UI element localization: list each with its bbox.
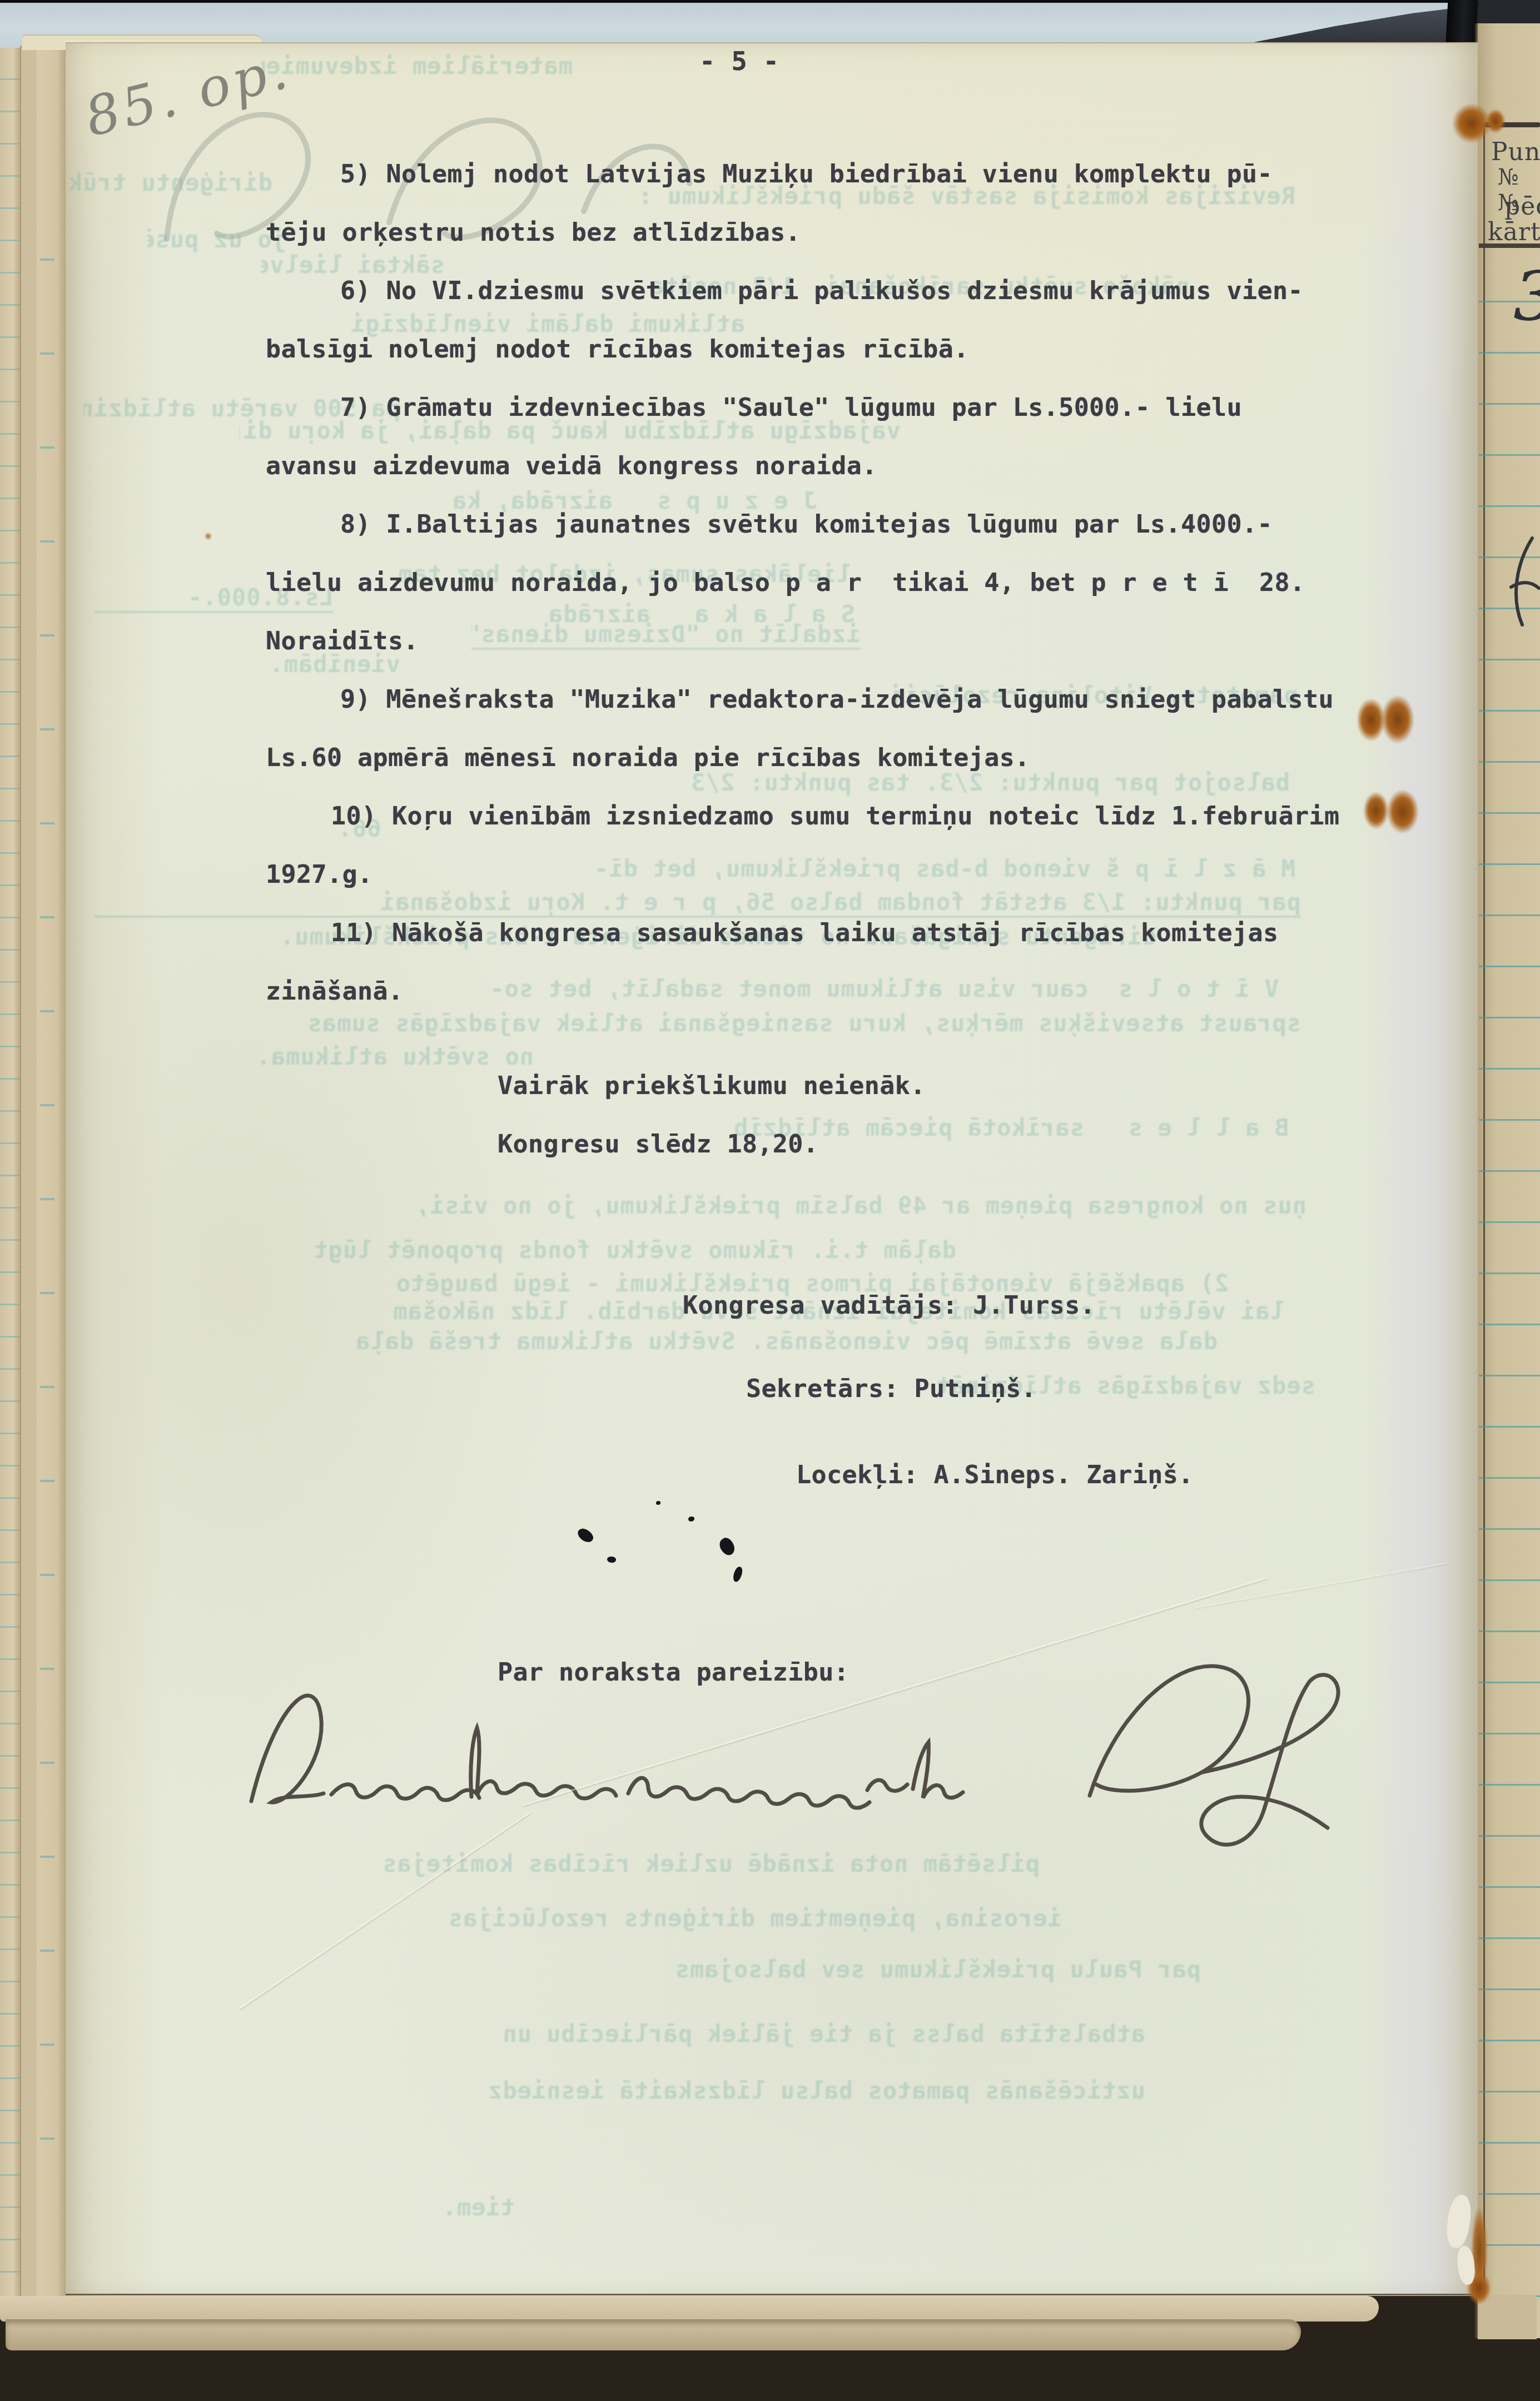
closing-time: Kongresu slēdz 18,20. xyxy=(498,1130,818,1158)
rust-stain xyxy=(1363,792,1389,829)
bleed-through-text: ņus no kongresa pieņem ar 49 balsīm prie… xyxy=(139,1192,1306,1219)
left-page-stack-edge xyxy=(20,46,39,2304)
bleed-through-text: balsojot par punktu: 2/3. tas punktu: 2/… xyxy=(239,769,1290,796)
minutes-line: 10) Koŗu vienībām izsniedzamo sumu termi… xyxy=(331,802,1340,830)
bleed-through-text: no svētku atlikuma. xyxy=(239,1043,534,1070)
minutes-line: 8) I.Baltijas jaunatnes svētku komitejas… xyxy=(340,510,1273,538)
bleed-through-text: tiem. xyxy=(398,2194,515,2221)
bleed-through-text: atlikumi dalāmi vienlīdzīgi xyxy=(245,310,745,337)
ledger-column-header: pēc xyxy=(1504,192,1540,221)
minutes-line: 5) Nolemj nodot Latvijas Muziķu biedrība… xyxy=(340,160,1273,188)
rust-dot xyxy=(205,533,212,540)
closing-statement: Vairāk priekšlikumu neienāk. xyxy=(498,1072,926,1100)
minutes-line: 7) Grāmatu izdevniecības "Saule" lūgumu … xyxy=(340,394,1242,421)
signature-ink xyxy=(222,1629,1334,1862)
bleed-through-text: atbalstīta balss ja tie jāliek pārliecīb… xyxy=(195,2020,1145,2047)
ledger-column-header: kārtas xyxy=(1488,218,1540,246)
minutes-line: 6) No VI.dziesmu svētkiem pāri palikušos… xyxy=(340,277,1303,305)
bleed-through-text: uzticēšanās pamatos balsu līdzskaitā ies… xyxy=(139,2077,1145,2104)
rust-stain xyxy=(1486,109,1506,133)
minutes-line: avansu aizdevuma veidā kongress noraida. xyxy=(266,452,877,480)
minutes-line: Noraidīts. xyxy=(266,627,419,655)
secretary-signature-line: Sekretārs: Putniņš. xyxy=(746,1375,1036,1403)
chairman-signature-line: Kongresa vadītājs: J.Turss. xyxy=(683,1291,1095,1319)
minutes-line: tēju orķestru notis bez atlīdzības. xyxy=(266,218,801,246)
left-page-stack-edge xyxy=(0,48,20,2303)
bleed-through-text: izdalīt no "Dziesmu dienas" vienotos Ls … xyxy=(471,620,861,650)
handwritten-item-number: 3 xyxy=(1513,257,1540,336)
bleed-through-text: materiāliem izdevumiem. xyxy=(261,52,573,79)
minutes-line: 9) Mēnešraksta "Muzika" redaktora-izdevē… xyxy=(340,685,1334,713)
bleed-through-text: dala sevē atzīmē pēc vienošanās. Svētku … xyxy=(217,1328,1218,1355)
book-cover-corner xyxy=(1477,0,1540,26)
minutes-line: Ls.60 apmērā mēnesī noraida pie rīcības … xyxy=(266,744,1030,772)
bleed-through-text: par punktu: 1/3 atstāt fondam balso 56, … xyxy=(95,888,1301,918)
bottom-page-stack-edge xyxy=(0,2296,1379,2322)
bleed-through-text: daļām t.i. rīkumo svētku fonds proponēt … xyxy=(167,1236,956,1264)
members-signature-line: Locekļi: A.Sineps. Zariņš. xyxy=(796,1461,1194,1489)
bleed-through-text: M ā z l ī p š vienod b-bas priekšlikumu,… xyxy=(217,855,1295,882)
minutes-line: zināšanā. xyxy=(266,977,403,1005)
scanned-document-page: Punktu № № pēc kārtas 3 materiāliem izde… xyxy=(0,0,1540,2401)
left-page-stack-ruling xyxy=(40,167,54,2224)
minutes-line: 1927.g. xyxy=(266,861,372,888)
sheet-bottom-edge xyxy=(66,2294,1478,2295)
minutes-line: balsīgi nolemj nodot rīcības komitejas r… xyxy=(266,335,969,363)
handwritten-mark xyxy=(1508,534,1540,631)
bleed-through-text: ierosina, pieņemtiem diriģents rezolūcij… xyxy=(334,1905,1062,1932)
rust-stain xyxy=(1387,789,1419,834)
ledger-column-header: Punktu xyxy=(1491,138,1540,166)
rust-stain xyxy=(1381,695,1414,744)
minutes-line: lielu aizdevumu noraida, jo balso p a r … xyxy=(266,569,1305,596)
bleed-through-text: spraust atsevišķus mērķus, kuru sasniegš… xyxy=(239,1010,1301,1037)
bottom-page-stack-edge xyxy=(6,2319,1301,2350)
bleed-through-text: diriģentu trūkumu, xyxy=(67,169,272,196)
minutes-line: 11) Nākošā kongresa sasaukšanas laiku at… xyxy=(331,919,1279,947)
page-number: - 5 - xyxy=(699,48,779,76)
scan-edge-line xyxy=(0,0,1540,3)
